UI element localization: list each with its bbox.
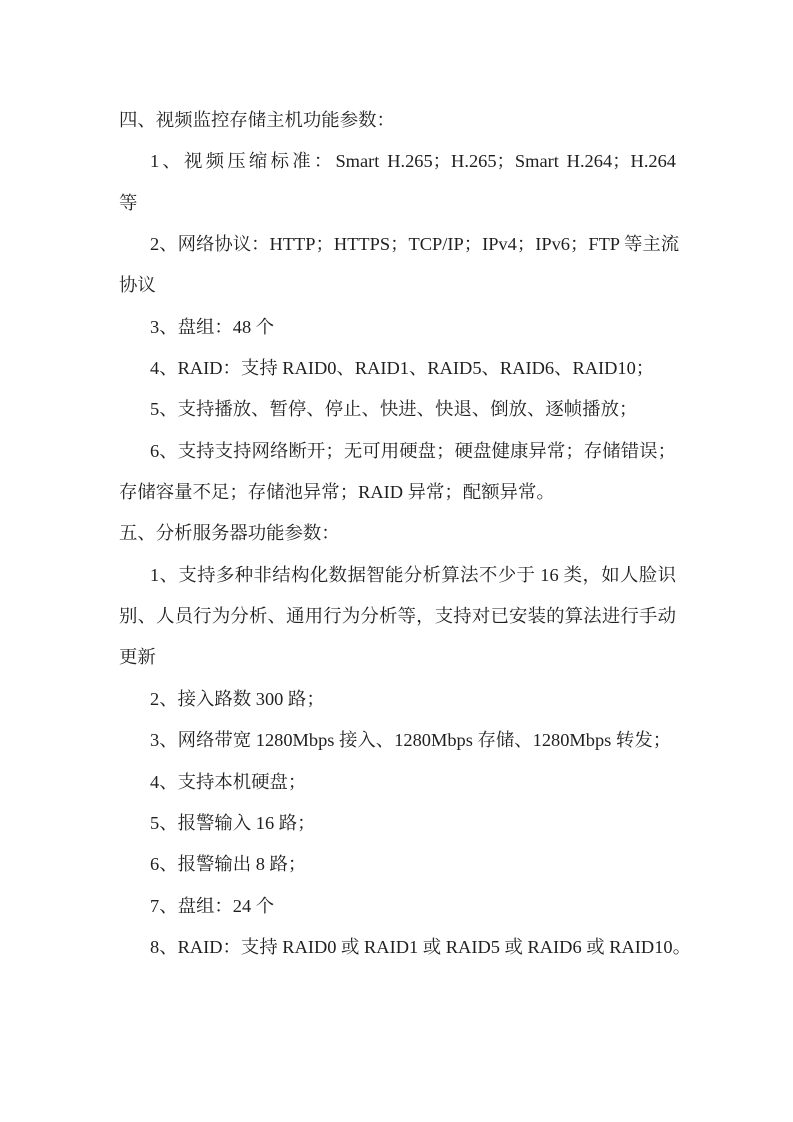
document-body: 四、视频监控存储主机功能参数： 1、视频压缩标准：Smart H.265；H.2… (119, 100, 676, 968)
s4-item6-line2: 存储容量不足；存储池异常；RAID 异常；配额异常。 (119, 472, 676, 513)
s5-item1-line1: 1、支持多种非结构化数据智能分析算法不少于 16 类，如人脸识 (119, 555, 676, 596)
s5-item1-line3: 更新 (119, 637, 676, 678)
s4-item1-line2: 等 (119, 183, 676, 224)
s4-item5: 5、支持播放、暂停、停止、快进、快退、倒放、逐帧播放； (119, 389, 676, 430)
s5-item7: 7、盘组：24 个 (119, 886, 676, 927)
document-page: 四、视频监控存储主机功能参数： 1、视频压缩标准：Smart H.265；H.2… (0, 0, 793, 1122)
section-5-heading: 五、分析服务器功能参数： (119, 513, 676, 554)
s4-item1-line1: 1、视频压缩标准：Smart H.265；H.265；Smart H.264；H… (119, 141, 676, 182)
s5-item6: 6、报警输出 8 路； (119, 844, 676, 885)
s5-item4: 4、支持本机硬盘； (119, 762, 676, 803)
s4-item6-line1: 6、支持支持网络断开；无可用硬盘；硬盘健康异常；存储错误； (119, 431, 676, 472)
s5-item3: 3、网络带宽 1280Mbps 接入、1280Mbps 存储、1280Mbps … (119, 720, 676, 761)
section-4-heading: 四、视频监控存储主机功能参数： (119, 100, 676, 141)
s5-item8: 8、RAID：支持 RAID0 或 RAID1 或 RAID5 或 RAID6 … (119, 927, 676, 968)
s4-item3: 3、盘组：48 个 (119, 307, 676, 348)
s5-item5: 5、报警输入 16 路； (119, 803, 676, 844)
s4-item2-line1: 2、网络协议：HTTP；HTTPS；TCP/IP；IPv4；IPv6；FTP 等… (119, 224, 676, 265)
s4-item4: 4、RAID：支持 RAID0、RAID1、RAID5、RAID6、RAID10… (119, 348, 676, 389)
s5-item1-line2: 别、人员行为分析、通用行为分析等，支持对已安装的算法进行手动 (119, 596, 676, 637)
s4-item2-line2: 协议 (119, 265, 676, 306)
s5-item2: 2、接入路数 300 路； (119, 679, 676, 720)
